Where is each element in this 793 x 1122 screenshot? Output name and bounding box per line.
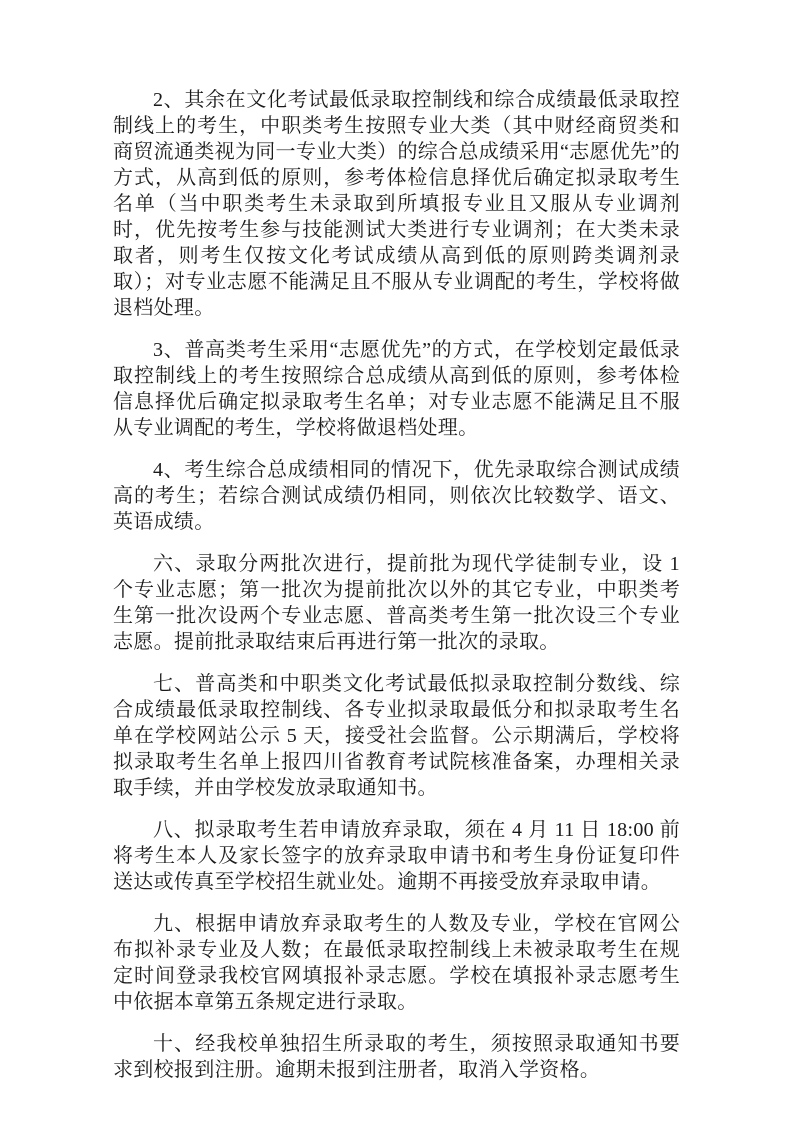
- paragraph-sub-3: 3、普高类考生采用“志愿优先”的方式，在学校划定最低录取控制线上的考生按照综合总…: [113, 337, 680, 441]
- paragraph-sub-2: 2、其余在文化考试最低录取控制线和综合成绩最低录取控制线上的考生，中职类考生按照…: [113, 87, 680, 321]
- paragraph-ten: 十、经我校单独招生所录取的考生，须按照录取通知书要求到校报到注册。逾期未报到注册…: [113, 1031, 680, 1083]
- paragraph-seven: 七、普高类和中职类文化考试最低拟录取控制分数线、综合成绩最低录取控制线、各专业拟…: [113, 671, 680, 801]
- paragraph-six: 六、录取分两批次进行，提前批为现代学徒制专业，设 1 个专业志愿；第一批次为提前…: [113, 551, 680, 655]
- paragraph-sub-4: 4、考生综合总成绩相同的情况下，优先录取综合测试成绩高的考生；若综合测试成绩仍相…: [113, 457, 680, 535]
- paragraph-eight: 八、拟录取考生若申请放弃录取，须在 4 月 11 日 18:00 前将考生本人及…: [113, 817, 680, 895]
- document-page: 2、其余在文化考试最低录取控制线和综合成绩最低录取控制线上的考生，中职类考生按照…: [0, 0, 793, 1122]
- paragraph-nine: 九、根据申请放弃录取考生的人数及专业，学校在官网公布拟补录专业及人数；在最低录取…: [113, 911, 680, 1015]
